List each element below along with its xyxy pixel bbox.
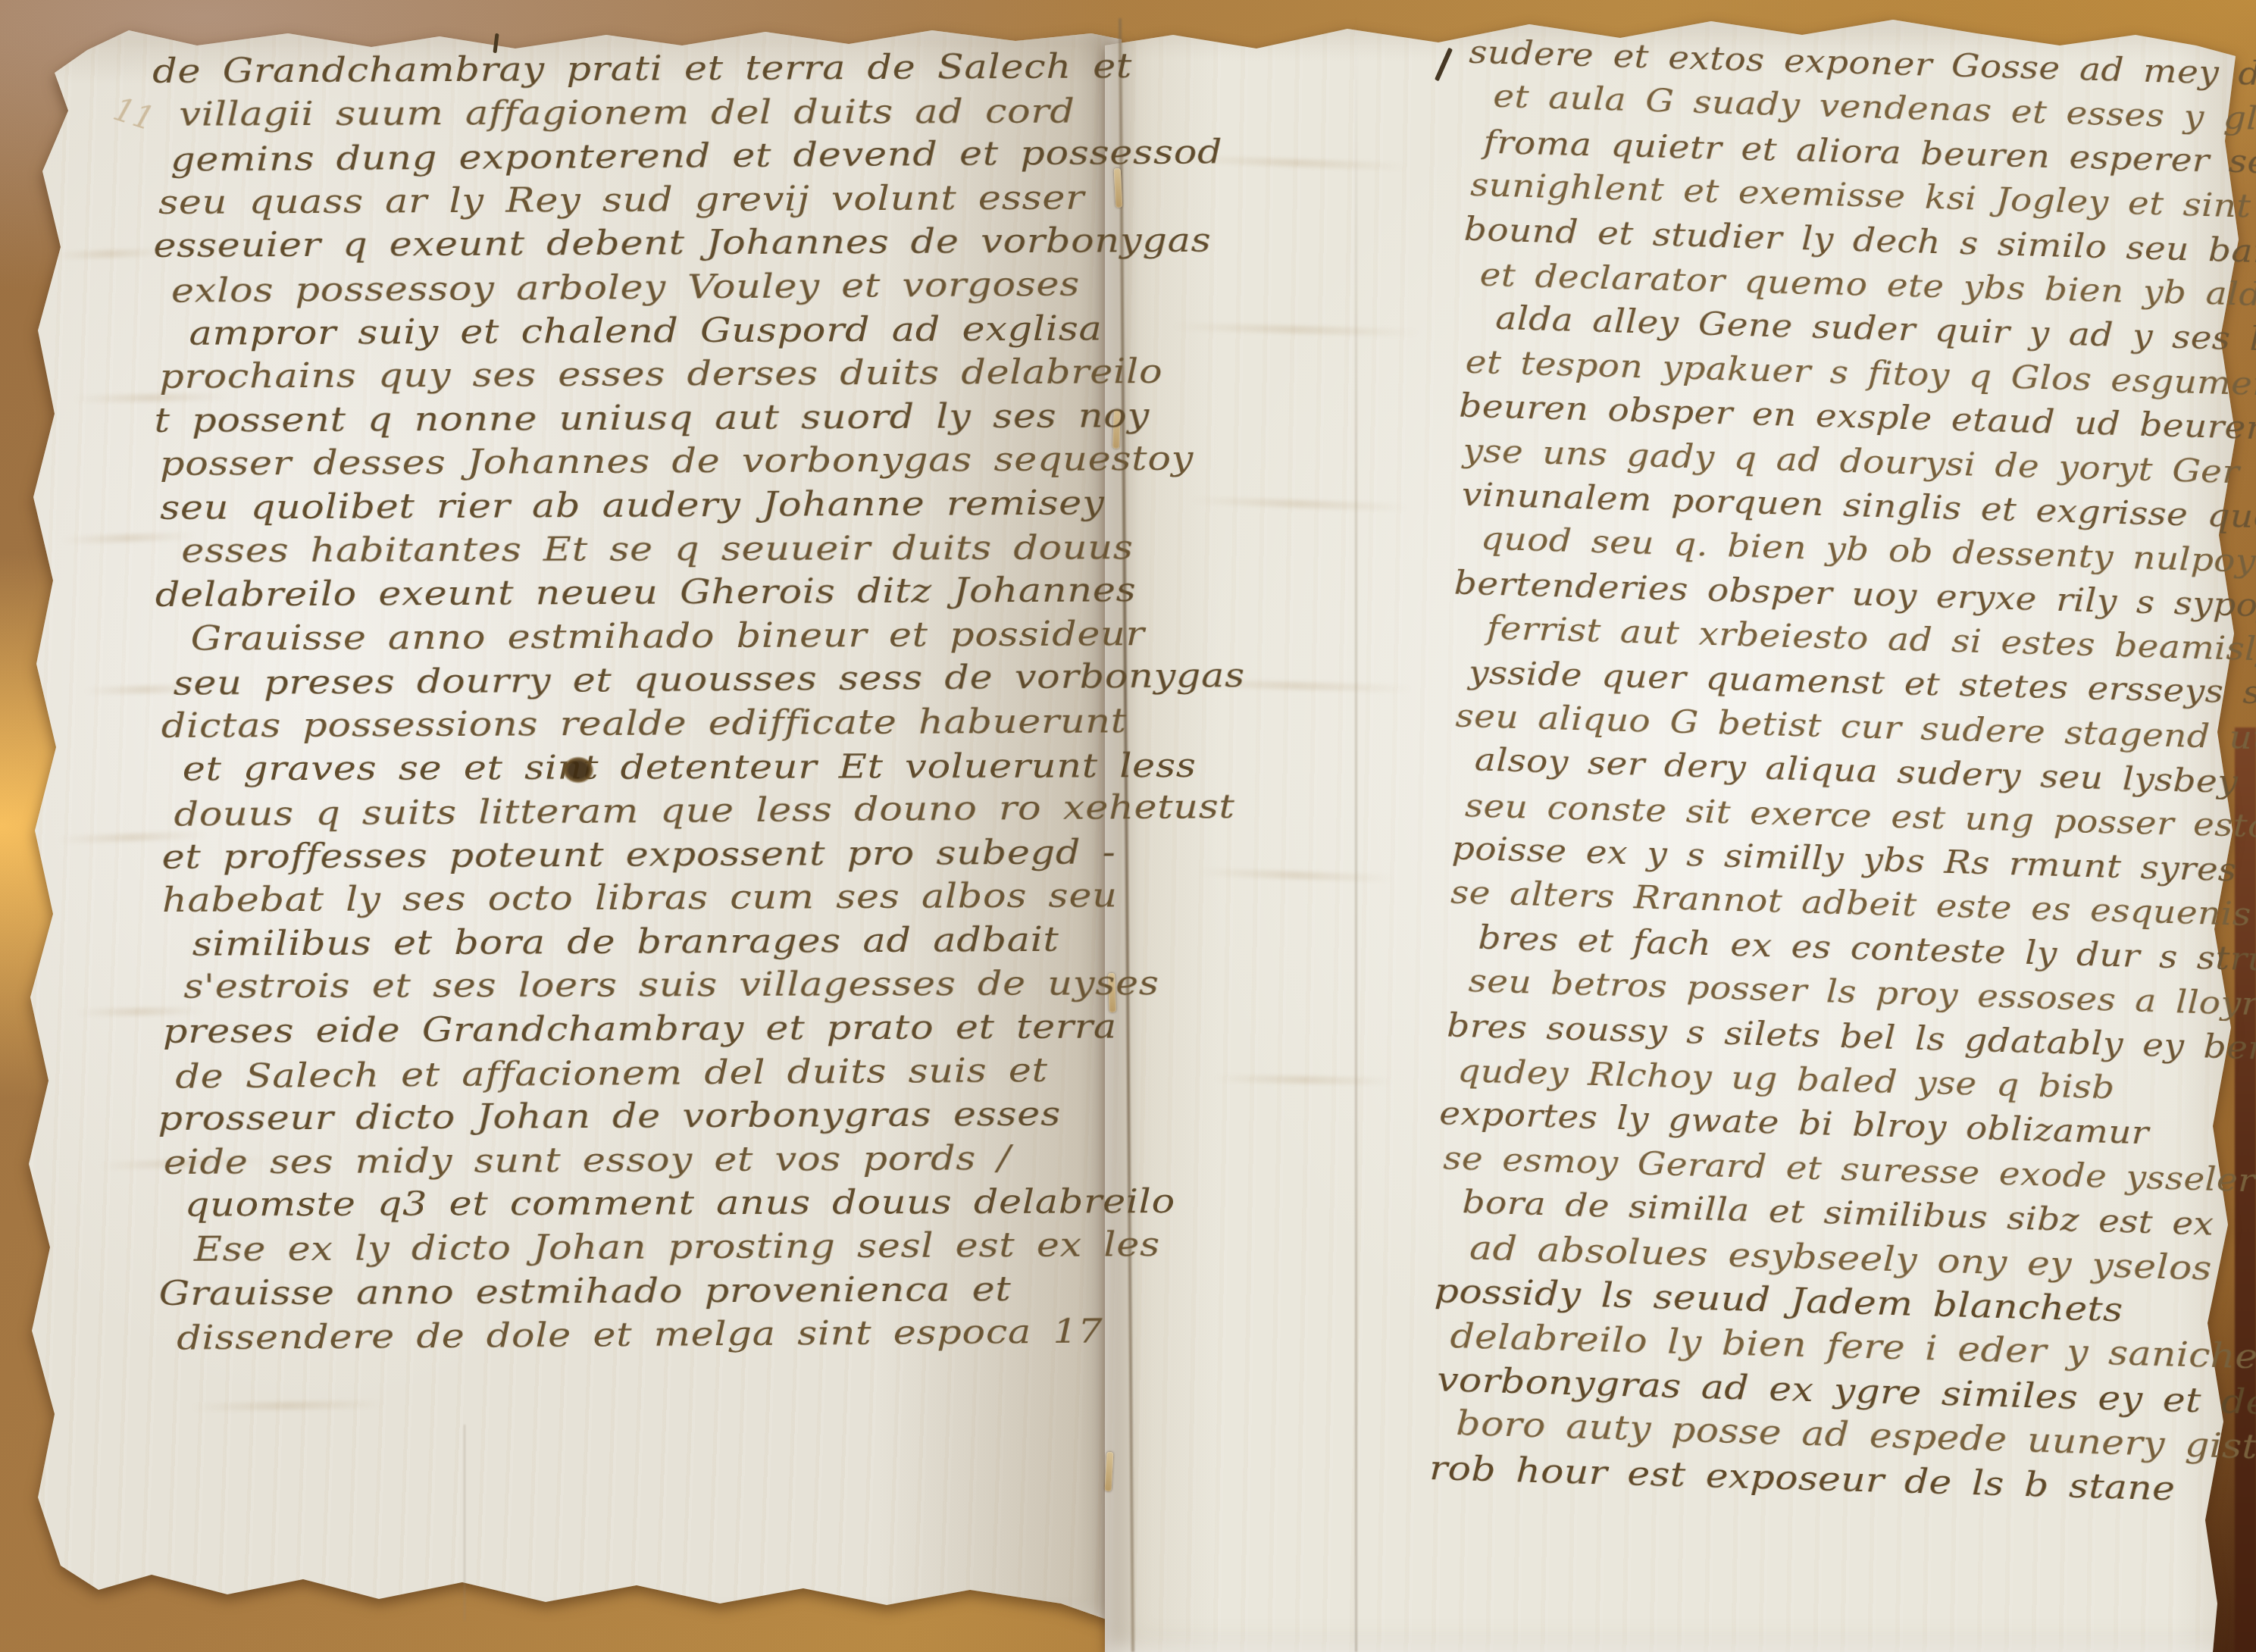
manuscript-line: seu preses dourry et quousses sess de vo… — [173, 654, 1298, 706]
ink-blot — [562, 756, 594, 784]
manuscript-line: similibus et bora de branrages ad adbait — [192, 917, 1317, 966]
manuscript-line: t possent q nonne uniusq aut suord ly se… — [154, 393, 1279, 443]
manuscript-line: posser desses Johannes de vorbonygas seq… — [160, 437, 1285, 487]
manuscript-line: prosseur dicto Johan de vorbonygras esse… — [158, 1091, 1283, 1140]
manuscript-line: preses eide Grandchambray et prato et te… — [163, 1004, 1288, 1053]
manuscript-line: esses habitantes Et se q seuueir duits d… — [181, 525, 1306, 573]
manuscript-line: dictas possessions realde edifficate hab… — [161, 699, 1287, 748]
manuscript-line: s'estrois et ses loers suis villagesses … — [183, 962, 1309, 1009]
manuscript-line: et graves se et sint detenteur Et voluer… — [183, 743, 1308, 791]
manuscript-line: Grauisse anno estmihado bineur et possid… — [190, 612, 1316, 661]
manuscript-line: seu quolibet rier ab audery Johanne remi… — [160, 480, 1285, 530]
manuscript-line: gemins dung exponterend et devend et pos… — [171, 130, 1296, 183]
manuscript-line: prochains quy ses esses derses duits del… — [159, 349, 1284, 399]
manuscript-line: de Grandchambray prati et terra de Salec… — [152, 44, 1278, 93]
manuscript-line: habebat ly ses octo libras cum ses albos… — [162, 873, 1288, 922]
manuscript-line: seu quass ar ly Rey sud grevij volunt es… — [158, 175, 1284, 224]
paper-crease — [1355, 14, 1357, 1652]
manuscript-line: de Salech et affacionem del duits suis e… — [175, 1047, 1300, 1099]
manuscript-photo: 11 de Grandchambray prati et terra de Sa… — [0, 0, 2256, 1652]
manuscript-line: eide ses midy sunt essoy et vos pords / — [164, 1135, 1289, 1184]
manuscript-line: dissendere de dole et melga sint espoca … — [177, 1309, 1302, 1361]
manuscript-line: douus q suits litteram que less douno ro… — [174, 785, 1299, 837]
manuscript-line: delabreilo exeunt neueu Gherois ditz Joh… — [155, 568, 1281, 617]
manuscript-line: Ese ex ly dicto Johan prosting sesl est … — [194, 1222, 1319, 1272]
manuscript-line: esseuier q exeunt debent Johannes de vor… — [153, 219, 1278, 268]
manuscript-line: et proffesses poteunt expossent pro sube… — [161, 830, 1287, 879]
manuscript-line: villagii suum affagionem del duits ad co… — [179, 89, 1304, 136]
manuscript-line: quomste q3 et comment anus douus delabre… — [185, 1180, 1310, 1228]
right-page-text: sudere et extos exponer Gosse ad mey dem… — [1434, 30, 2256, 1514]
paper-crease — [464, 1425, 465, 1620]
left-page-text: de Grandchambray prati et terra de Salec… — [158, 44, 1290, 1359]
manuscript-line: exlos possessoy arboley Vouley et vorgos… — [171, 261, 1297, 313]
manuscript-line: ampror suiy et chalend Guspord ad exglis… — [189, 306, 1314, 355]
manuscript-line: Grauisse anno estmihado provenienca et — [158, 1266, 1284, 1316]
